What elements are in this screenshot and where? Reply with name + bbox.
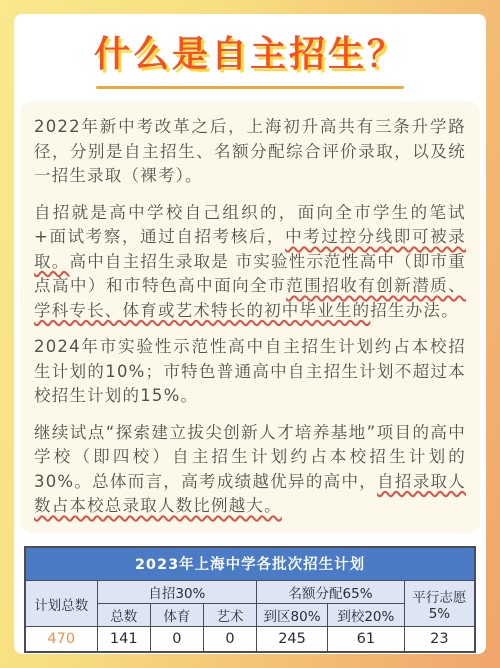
paragraph-definition: 自招就是高中学校自己组织的，面向全市学生的笔试+面试考察，通过自招考核后，中考过… <box>34 201 466 324</box>
value-parallel: 23 <box>404 627 475 652</box>
value-quota-school: 61 <box>327 627 404 652</box>
page-title: 什么是自主招生？ <box>14 32 486 78</box>
value-self-arts: 0 <box>203 627 257 652</box>
value-self-total: 141 <box>97 627 151 652</box>
header-parallel-choice: 平行志愿5% <box>404 581 475 627</box>
gradient-border-frame: 什么是自主招生？ 2022年新中考改革之后，上海初升高共有三条升学路径，分别是自… <box>0 0 500 668</box>
subheader-to-district: 到区80% <box>257 604 328 627</box>
table-title: 2023年上海中学各批次招生计划 <box>25 547 475 581</box>
paragraph-intro: 2022年新中考改革之后，上海初升高共有三条升学路径，分别是自主招生、名额分配综… <box>34 115 466 189</box>
subheader-total: 总数 <box>97 604 151 627</box>
subheader-arts: 艺术 <box>203 604 257 627</box>
table-title-row: 2023年上海中学各批次招生计划 <box>25 547 475 581</box>
paragraph-pilot: 继续试点“探索建立拔尖创新人才培养基地”项目的高中学校（即四校）自主招生计划约占… <box>34 421 466 519</box>
header-plan-total: 计划总数 <box>25 581 97 627</box>
header-group-self-enrollment: 自招30% <box>97 581 257 604</box>
value-plan-total: 470 <box>25 627 97 652</box>
admission-plan-table: 2023年上海中学各批次招生计划 计划总数 自招30% 名额分配65% 平行志愿… <box>24 546 476 653</box>
paragraph-text: 招生办法。 <box>370 301 459 320</box>
paragraph-text: 2024年市实验性示范性高中自主招生计划约占本校招生计划的10%；市特色普通高中… <box>34 337 466 405</box>
title-underline <box>96 86 404 89</box>
table-data-row: 470 141 0 0 245 61 23 <box>25 627 475 652</box>
table-group-header-row: 计划总数 自招30% 名额分配65% 平行志愿5% <box>25 581 475 604</box>
header-group-quota-allocation: 名额分配65% <box>257 581 405 604</box>
value-quota-district: 245 <box>257 627 328 652</box>
content-card: 什么是自主招生？ 2022年新中考改革之后，上海初升高共有三条升学路径，分别是自… <box>14 14 486 654</box>
table: 2023年上海中学各批次招生计划 计划总数 自招30% 名额分配65% 平行志愿… <box>24 546 476 653</box>
subheader-sports: 体育 <box>151 604 204 627</box>
text-panel: 2022年新中考改革之后，上海初升高共有三条升学路径，分别是自主招生、名额分配综… <box>20 101 480 533</box>
paragraph-text: 2022年新中考改革之后，上海初升高共有三条升学路径，分别是自主招生、名额分配综… <box>34 117 466 185</box>
subheader-to-school: 到校20% <box>327 604 404 627</box>
paragraph-quota: 2024年市实验性示范性高中自主招生计划约占本校招生计划的10%；市特色普通高中… <box>34 335 466 409</box>
value-self-sports: 0 <box>151 627 204 652</box>
